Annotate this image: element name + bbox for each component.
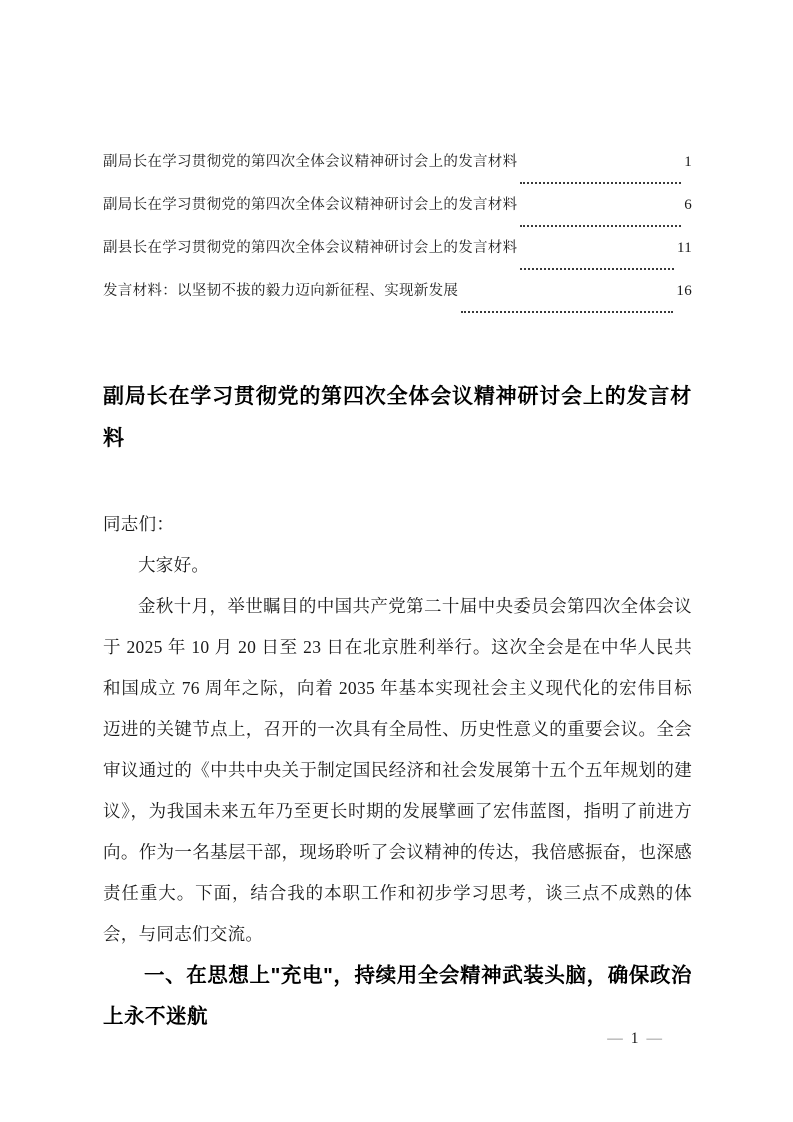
document-page: 副局长在学习贯彻党的第四次全体会议精神研讨会上的发言材料 1 副局长在学习贯彻党… xyxy=(0,0,793,1122)
footer-dash-right: — xyxy=(640,1030,671,1047)
toc-entry-title: 副县长在学习贯彻党的第四次全体会议精神研讨会上的发言材料 xyxy=(103,236,517,257)
toc-entry[interactable]: 副局长在学习贯彻党的第四次全体会议精神研讨会上的发言材料 1 xyxy=(103,150,692,193)
paragraph-main: 金秋十月，举世瞩目的中国共产党第二十届中央委员会第四次全体会议于 2025 年 … xyxy=(103,586,692,955)
toc-dot-leader xyxy=(520,225,681,227)
paragraph-greeting: 同志们： xyxy=(103,504,692,545)
footer-dash-left: — xyxy=(600,1030,631,1047)
document-body: 同志们： 大家好。 金秋十月，举世瞩目的中国共产党第二十届中央委员会第四次全体会… xyxy=(103,504,692,1037)
section-1-heading: 一、在思想上"充电"，持续用全会精神武装头脑，确保政治上永不迷航 xyxy=(103,955,692,1037)
toc-page-number: 11 xyxy=(677,240,692,257)
toc-entry-title: 副局长在学习贯彻党的第四次全体会议精神研讨会上的发言材料 xyxy=(103,193,517,214)
toc-dot-leader xyxy=(461,311,673,313)
footer-page-number: 1 xyxy=(631,1030,640,1047)
toc-page-number: 1 xyxy=(684,154,692,171)
paragraph-opening: 大家好。 xyxy=(103,545,692,586)
toc-entry[interactable]: 发言材料：以坚韧不拔的毅力迈向新征程、实现新发展 16 xyxy=(103,279,692,322)
toc-entry-title: 副局长在学习贯彻党的第四次全体会议精神研讨会上的发言材料 xyxy=(103,150,517,171)
toc-dot-leader xyxy=(520,268,674,270)
toc-dot-leader xyxy=(520,182,681,184)
toc-page-number: 6 xyxy=(684,197,692,214)
toc-page-number: 16 xyxy=(676,283,692,300)
toc-entry[interactable]: 副县长在学习贯彻党的第四次全体会议精神研讨会上的发言材料 11 xyxy=(103,236,692,279)
document-title: 副局长在学习贯彻党的第四次全体会议精神研讨会上的发言材料 xyxy=(103,376,692,460)
toc-entry[interactable]: 副局长在学习贯彻党的第四次全体会议精神研讨会上的发言材料 6 xyxy=(103,193,692,236)
page-footer: —1— xyxy=(600,1030,670,1048)
table-of-contents: 副局长在学习贯彻党的第四次全体会议精神研讨会上的发言材料 1 副局长在学习贯彻党… xyxy=(103,150,692,322)
toc-entry-title: 发言材料：以坚韧不拔的毅力迈向新征程、实现新发展 xyxy=(103,279,458,300)
